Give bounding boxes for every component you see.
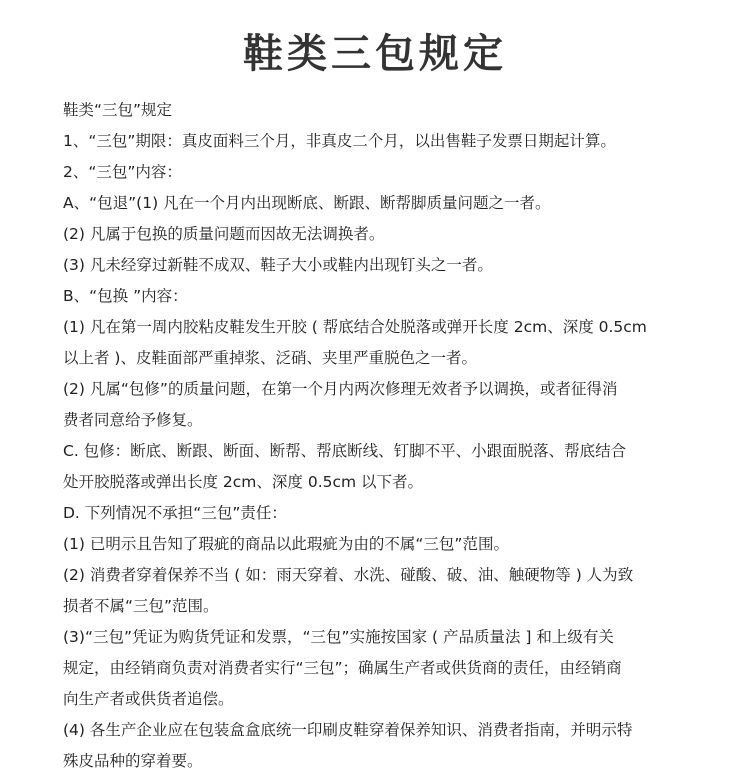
return-item-1: A、“包退”(1) 凡在一个月内出现断底、断跟、断帮脚质量问题之一者。 <box>63 188 703 219</box>
exclusion-item-1: (1) 已明示且告知了瑕疵的商品以此瑕疵为由的不属“三包”范围。 <box>63 529 703 560</box>
return-item-3: (3) 凡未经穿过新鞋不成双、鞋子大小或鞋内出现钉头之一者。 <box>63 250 703 281</box>
exchange-item-2-line-2: 费者同意给予修复。 <box>63 405 703 436</box>
section-2-content: 2、“三包”内容： <box>63 157 703 188</box>
doc-heading: 鞋类“三包”规定 <box>63 95 703 126</box>
exclusion-item-3-line-1: (3)“三包”凭证为购货凭证和发票，“三包”实施按国家 ( 产品质量法 ] 和上… <box>63 622 703 653</box>
exclusion-item-2-line-2: 损者不属“三包”范围。 <box>63 591 703 622</box>
exchange-item-1-line-1: (1) 凡在第一周内胶粘皮鞋发生开胶 ( 帮底结合处脱落或弹开长度 2cm、深度… <box>63 312 703 343</box>
exchange-item-1-line-2: 以上者 )、皮鞋面部严重掉浆、泛硝、夹里严重脱色之一者。 <box>63 343 703 374</box>
repair-line-1: C. 包修：断底、断跟、断面、断帮、帮底断线、钉脚不平、小跟面脱落、帮底结合 <box>63 436 703 467</box>
exclusion-item-2-line-1: (2) 消费者穿着保养不当 ( 如：雨天穿着、水洗、碰酸、破、油、触硬物等 ) … <box>63 560 703 591</box>
exclusion-item-4-line-2: 殊皮品种的穿着要。 <box>63 746 703 777</box>
page-title: 鞋类三包规定 <box>0 30 750 78</box>
section-1-period: 1、“三包”期限：真皮面料三个月，非真皮二个月，以出售鞋子发票日期起计算。 <box>63 126 703 157</box>
exclusion-item-4-line-1: (4) 各生产企业应在包装盒盒底统一印刷皮鞋穿着保养知识、消费者指南，并明示特 <box>63 715 703 746</box>
exchange-heading: B、“包换 ”内容： <box>63 281 703 312</box>
return-item-2: (2) 凡属于包换的质量问题而因故无法调换者。 <box>63 219 703 250</box>
document-body: 鞋类“三包”规定 1、“三包”期限：真皮面料三个月，非真皮二个月，以出售鞋子发票… <box>63 95 703 777</box>
exchange-item-2-line-1: (2) 凡属“包修”的质量问题，在第一个月内两次修理无效者予以调换，或者征得消 <box>63 374 703 405</box>
exclusion-item-3-line-3: 向生产者或供货者追偿。 <box>63 684 703 715</box>
exclusion-item-3-line-2: 规定，由经销商负责对消费者实行“三包”；确属生产者或供货商的责任，由经销商 <box>63 653 703 684</box>
repair-line-2: 处开胶脱落或弹出长度 2cm、深度 0.5cm 以下者。 <box>63 467 703 498</box>
exclusions-heading: D. 下列情况不承担“三包”责任： <box>63 498 703 529</box>
